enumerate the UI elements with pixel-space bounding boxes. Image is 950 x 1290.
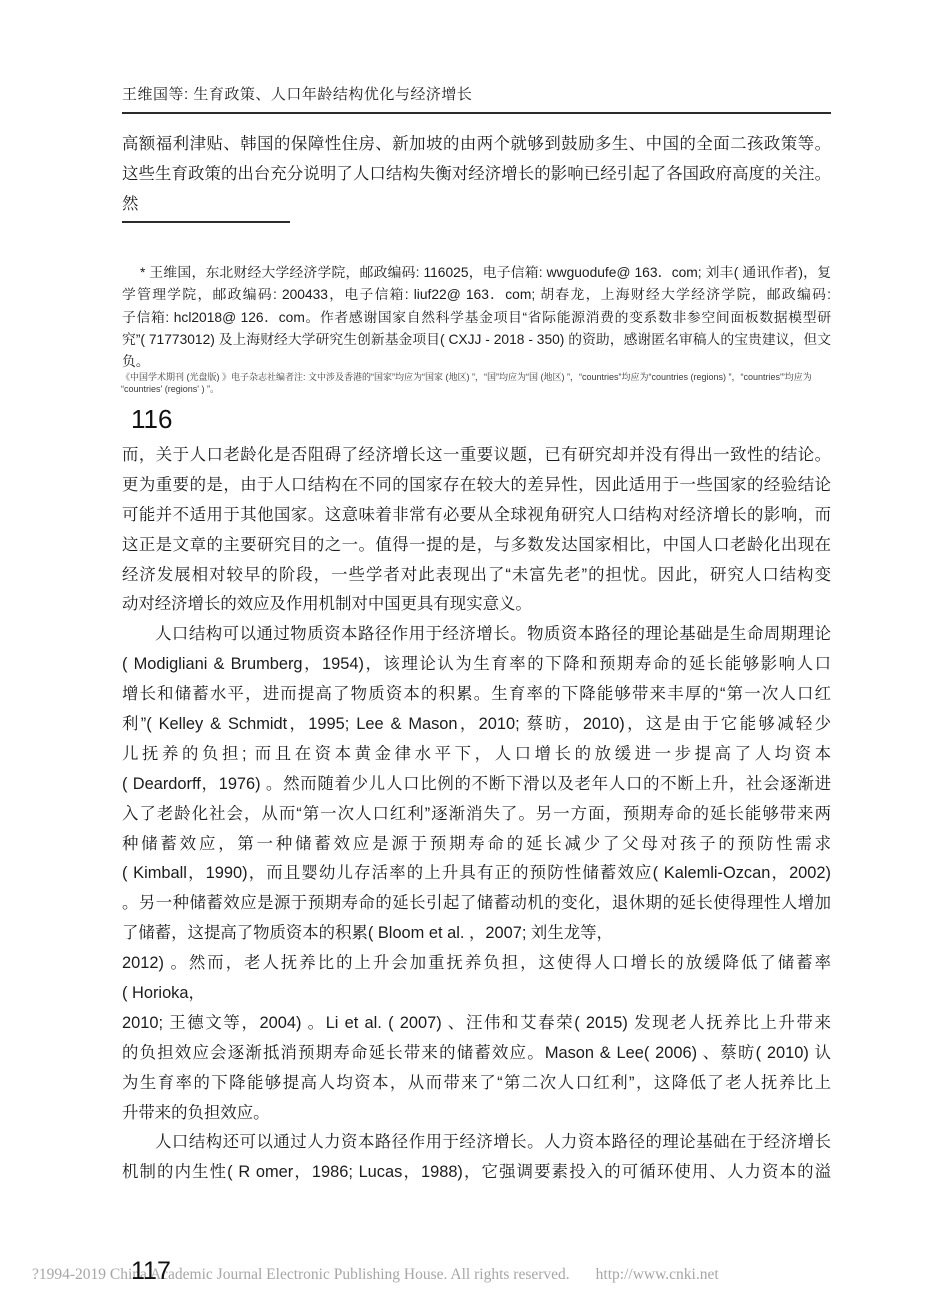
body-text-line: ( Kimball，1990)，而且婴幼儿存活率的上升具有正的预防性储蓄效应( … (122, 859, 831, 889)
footnote-line: 学管理学院，邮政编码: 200433，电子信箱: liuf22@ 163．com… (122, 284, 831, 306)
body-text-line: 2010; 王德文等，2004) 。Li et al. ( 2007) 、汪伟和… (122, 1009, 831, 1039)
footnote-line: 子信箱: hcl2018@ 126．com。作者感谢国家自然科学基金项目“省际能… (122, 307, 831, 329)
page-number-previous: 116 (131, 406, 172, 432)
cnki-url: http://www.cnki.net (596, 1266, 719, 1283)
body-text-line: 动对经济增长的效应及作用机制对中国更具有现实意义。 (122, 590, 831, 620)
body-text-line: 。另一种储蓄效应是源于预期寿命的延长引起了储蓄动机的变化，退休期的延长使得理性人… (122, 889, 831, 919)
body-text-line: 人口结构可以通过物质资本路径作用于经济增长。物质资本路径的理论基础是生命周期理论 (122, 620, 831, 650)
body-text-line: 人口结构还可以通过人力资本路径作用于经济增长。人力资本路径的理论基础在于经济增长 (122, 1128, 831, 1158)
footnote-line: 究”( 71773012) 及上海财经大学研究生创新基金项目( CXJJ - 2… (122, 329, 831, 351)
editor-note-line: “countries' (regions' ) ”。 (121, 383, 835, 395)
body-text-line: 升带来的负担效应。 (122, 1099, 831, 1129)
body-text-line: 这正是文章的主要研究目的之一。值得一提的是，与多数发达国家相比，中国人口老龄化出… (122, 531, 831, 561)
body-text-line: 了储蓄，这提高了物质资本的积累( Bloom et al. ，2007; 刘生龙… (122, 919, 831, 949)
body-text-line: 可能并不适用于其他国家。这意味着非常有必要从全球视角研究人口结构对经济增长的影响… (122, 501, 831, 531)
body-text-line: 为生育率的下降能够提高人均资本，从而带来了“第二次人口红利”，这降低了老人抚养比… (122, 1069, 831, 1099)
body-text-line: 利”( Kelley & Schmidt，1995; Lee & Mason，2… (122, 710, 831, 740)
footnote-divider (122, 221, 290, 223)
body-text-line: 增长和储蓄水平，进而提高了物质资本的积累。生育率的下降能够带来丰厚的“第一次人口… (122, 680, 831, 710)
body-text-line: 2012) 。然而，老人抚养比的上升会加重抚养负担，这使得人口增长的放缓降低了储… (122, 949, 831, 979)
page-number-current: 117 (131, 1259, 171, 1284)
body-text-line: 然 (122, 190, 831, 220)
header-rule (122, 112, 831, 114)
body-text-line: 这些生育政策的出台充分说明了人口结构失衡对经济增长的影响已经引起了各国政府高度的… (122, 160, 831, 190)
body-text-line: 经济发展相对较早的阶段，一些学者对此表现出了“未富先老”的担忧。因此，研究人口结… (122, 561, 831, 591)
body-text-line: 儿抚养的负担; 而且在资本黄金律水平下，人口增长的放缓进一步提高了人均资本 (122, 740, 831, 770)
main-text: 而，关于人口老龄化是否阻碍了经济增长这一重要议题，已有研究却并没有得出一致性的结… (122, 441, 831, 1188)
body-text-line: ( Horioka， (122, 979, 831, 1009)
author-footnote: * 王维国，东北财经大学经济学院，邮政编码: 116025，电子信箱: wwgu… (122, 262, 831, 373)
body-text-line: 的负担效应会逐渐抵消预期寿命延长带来的储蓄效应。Mason & Lee( 200… (122, 1039, 831, 1069)
footnote-line: * 王维国，东北财经大学经济学院，邮政编码: 116025，电子信箱: wwgu… (122, 262, 831, 284)
body-text-line: 机制的内生性( R omer，1986; Lucas，1988)，它强调要素投入… (122, 1158, 831, 1188)
editor-note-line: 《中国学术期刊 (光盘版) 》电子杂志社编者注: 文中涉及香港的“国家”均应为“… (121, 371, 835, 383)
body-text-line: 种储蓄效应，第一种储蓄效应是源于预期寿命的延长减少了父母对孩子的预防性需求 (122, 830, 831, 860)
body-text-line: ( Deardorff，1976) 。然而随着少儿人口比例的不断下滑以及老年人口… (122, 770, 831, 800)
body-text-line: 高额福利津贴、韩国的保障性住房、新加坡的由两个就够到鼓励多生、中国的全面二孩政策… (122, 130, 831, 160)
body-text-line: 入了老龄化社会，从而“第一次人口红利”逐渐消失了。另一方面，预期寿命的延长能够带… (122, 800, 831, 830)
copyright-text: ?1994-2019 China Academic Journal Electr… (32, 1266, 570, 1283)
body-text-line: 而，关于人口老龄化是否阻碍了经济增长这一重要议题，已有研究却并没有得出一致性的结… (122, 441, 831, 471)
running-header: 王维国等: 生育政策、人口年龄结构优化与经济增长 (122, 85, 831, 105)
intro-paragraph: 高额福利津贴、韩国的保障性住房、新加坡的由两个就够到鼓励多生、中国的全面二孩政策… (122, 130, 831, 220)
body-text-line: 更为重要的是，由于人口结构在不同的国家存在较大的差异性，因此适用于一些国家的经验… (122, 471, 831, 501)
editor-note: 《中国学术期刊 (光盘版) 》电子杂志社编者注: 文中涉及香港的“国家”均应为“… (121, 371, 835, 395)
body-text-line: ( Modigliani & Brumberg，1954)，该理论认为生育率的下… (122, 650, 831, 680)
paper-page: 王维国等: 生育政策、人口年龄结构优化与经济增长 高额福利津贴、韩国的保障性住房… (0, 0, 950, 1290)
